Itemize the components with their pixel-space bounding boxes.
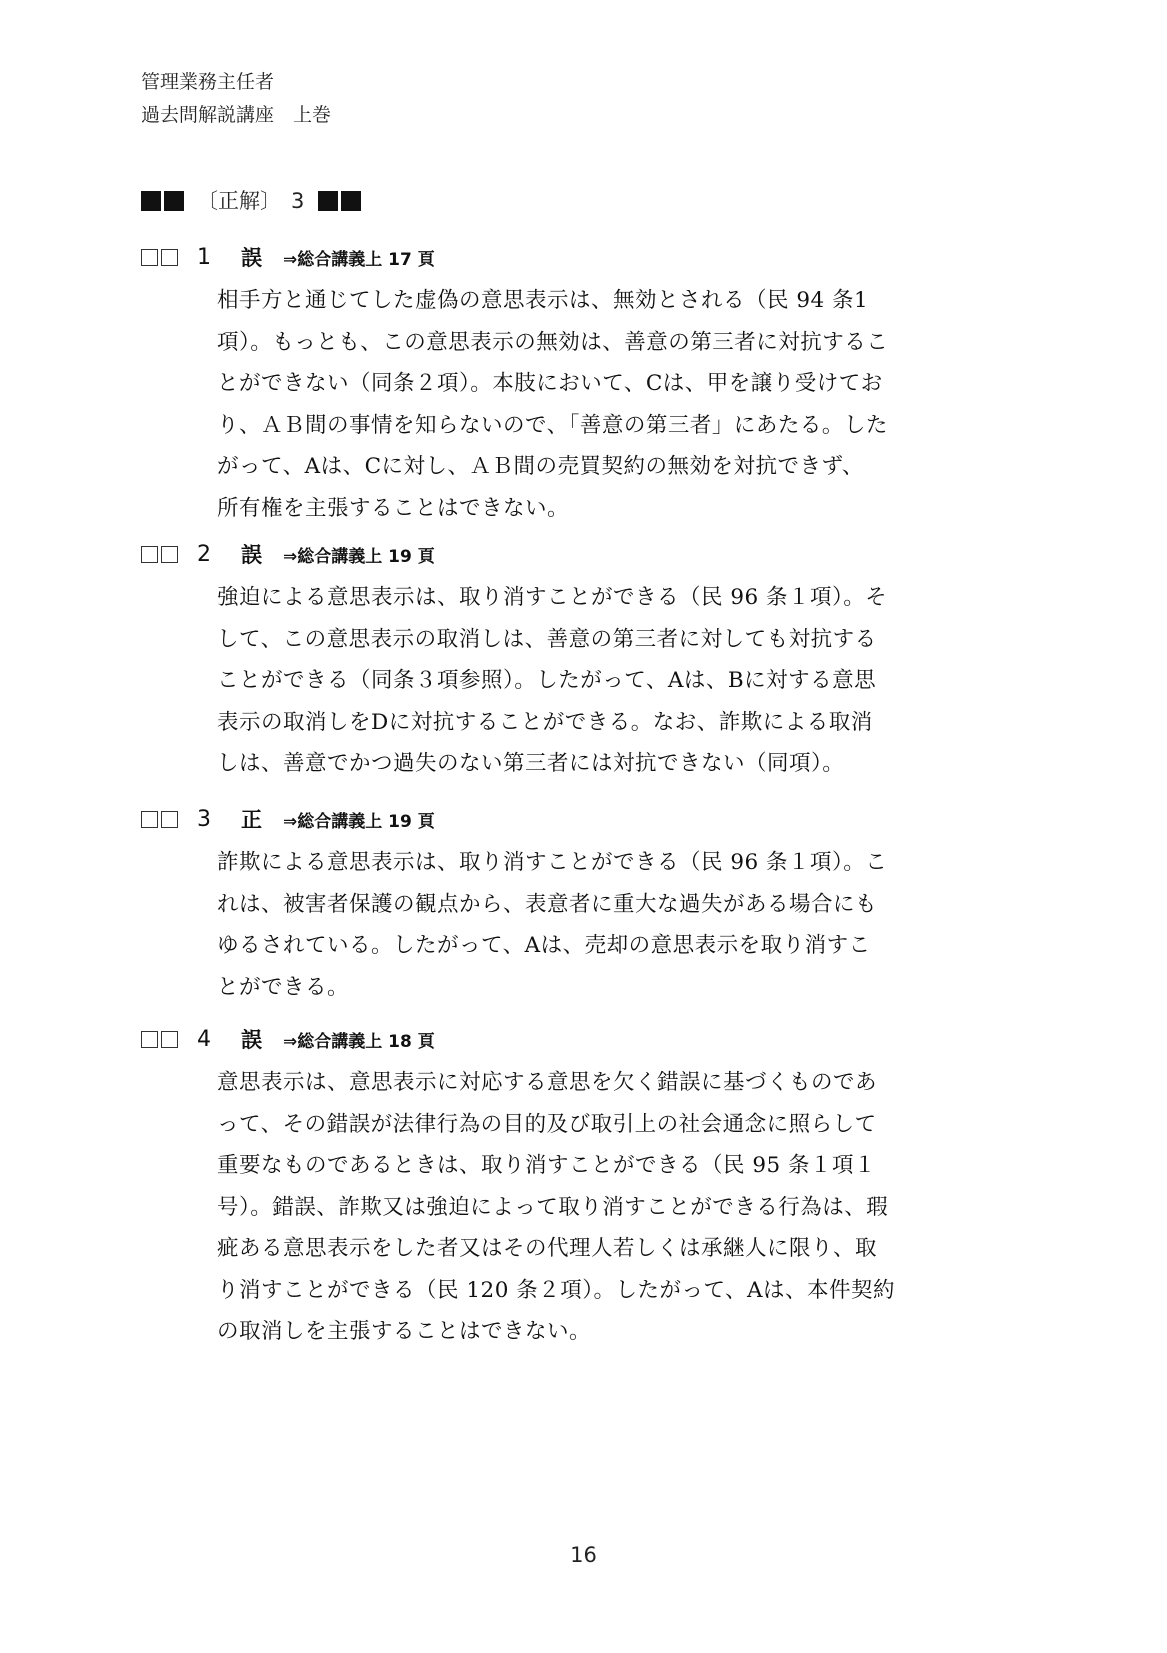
text-line: ゆるされている。したがって、Aは、売却の意思表示を取り消すこ [217,925,977,967]
text-line: がって、Aは、Cに対し、ＡＢ間の売買契約の無効を対抗できず、 [217,446,977,488]
text-line: 詐欺による意思表示は、取り消すことができる（民 96 条１項）。こ [217,842,977,884]
explanation-text: 詐欺による意思表示は、取り消すことができる（民 96 条１項）。こ れは、被害者… [217,842,977,1008]
text-line: の取消しを主張することはできない。 [217,1311,977,1353]
correct-answer-number: 3 [291,186,304,216]
item-number: 4 [197,1027,241,1052]
item-heading: 1 誤 ⇒総合講義上 17 頁 [141,240,991,274]
reference-link: ⇒総合講義上 19 頁 [283,542,435,567]
text-line: とができない（同条２項）。本肢において、Cは、甲を譲り受けてお [217,363,977,405]
explanation-item-1: 1 誤 ⇒総合講義上 17 頁 相手方と通じてした虚偽の意思表示は、無効とされる… [141,240,991,529]
review-checkbox[interactable] [141,811,158,828]
verdict-label: 正 [241,804,283,834]
item-heading: 4 誤 ⇒総合講義上 18 頁 [141,1022,991,1056]
text-line: ことができる（同条３項参照）。したがって、Aは、Bに対する意思 [217,660,977,702]
text-line: 強迫による意思表示は、取り消すことができる（民 96 条１項）。そ [217,577,977,619]
black-square-icon [141,191,161,211]
review-checkbox[interactable] [161,811,178,828]
text-line: って、その錯誤が法律行為の目的及び取引上の社会通念に照らして [217,1104,977,1146]
black-square-icon [164,191,184,211]
text-line: 相手方と通じてした虚偽の意思表示は、無効とされる（民 94 条1 [217,280,977,322]
explanation-text: 意思表示は、意思表示に対応する意思を欠く錯誤に基づくものであ って、その錯誤が法… [217,1062,977,1353]
text-line: しは、善意でかつ過失のない第三者には対抗できない（同項）。 [217,743,977,785]
text-line: れは、被害者保護の観点から、表意者に重大な過失がある場合にも [217,884,977,926]
reference-link: ⇒総合講義上 17 頁 [283,245,435,270]
item-heading: 2 誤 ⇒総合講義上 19 頁 [141,537,991,571]
verdict-label: 誤 [241,242,283,272]
item-heading: 3 正 ⇒総合講義上 19 頁 [141,802,991,836]
correct-answer-label: 〔正解〕 [197,186,281,216]
text-line: 重要なものであるときは、取り消すことができる（民 95 条１項１ [217,1145,977,1187]
text-line: 意思表示は、意思表示に対応する意思を欠く錯誤に基づくものであ [217,1062,977,1104]
text-line: 表示の取消しをDに対抗することができる。なお、詐欺による取消 [217,702,977,744]
review-checkbox[interactable] [161,1031,178,1048]
reference-link: ⇒総合講義上 18 頁 [283,1027,435,1052]
review-checkbox[interactable] [161,249,178,266]
text-line: 疵ある意思表示をした者又はその代理人若しくは承継人に限り、取 [217,1228,977,1270]
explanation-item-2: 2 誤 ⇒総合講義上 19 頁 強迫による意思表示は、取り消すことができる（民 … [141,537,991,785]
reference-link: ⇒総合講義上 19 頁 [283,807,435,832]
explanation-item-3: 3 正 ⇒総合講義上 19 頁 詐欺による意思表示は、取り消すことができる（民 … [141,802,991,1008]
text-line: とができる。 [217,967,977,1009]
explanation-text: 強迫による意思表示は、取り消すことができる（民 96 条１項）。そ して、この意… [217,577,977,785]
text-line: 所有権を主張することはできない。 [217,488,977,530]
text-line: り、ＡＢ間の事情を知らないので、「善意の第三者」にあたる。した [217,405,977,447]
text-line: 項）。もっとも、この意思表示の無効は、善意の第三者に対抗するこ [217,322,977,364]
review-checkbox[interactable] [141,546,158,563]
verdict-label: 誤 [241,539,283,569]
item-number: 3 [197,807,241,832]
text-line: り消すことができる（民 120 条２項）。したがって、Aは、本件契約 [217,1270,977,1312]
page-number: 16 [0,1543,1167,1567]
text-line: して、この意思表示の取消しは、善意の第三者に対しても対抗する [217,619,977,661]
item-number: 2 [197,542,241,567]
explanation-item-4: 4 誤 ⇒総合講義上 18 頁 意思表示は、意思表示に対応する意思を欠く錯誤に基… [141,1022,991,1353]
running-header: 管理業務主任者 過去問解説講座 上巻 [141,66,331,132]
text-line: 号）。錯誤、詐欺又は強迫によって取り消すことができる行為は、瑕 [217,1187,977,1229]
black-square-icon [341,191,361,211]
review-checkbox[interactable] [141,249,158,266]
verdict-label: 誤 [241,1024,283,1054]
correct-answer-banner: 〔正解〕 3 [141,186,364,216]
explanation-text: 相手方と通じてした虚偽の意思表示は、無効とされる（民 94 条1 項）。もっとも… [217,280,977,529]
header-subtitle: 過去問解説講座 上巻 [141,99,331,132]
item-number: 1 [197,245,241,270]
header-title: 管理業務主任者 [141,66,331,99]
review-checkbox[interactable] [161,546,178,563]
review-checkbox[interactable] [141,1031,158,1048]
black-square-icon [318,191,338,211]
